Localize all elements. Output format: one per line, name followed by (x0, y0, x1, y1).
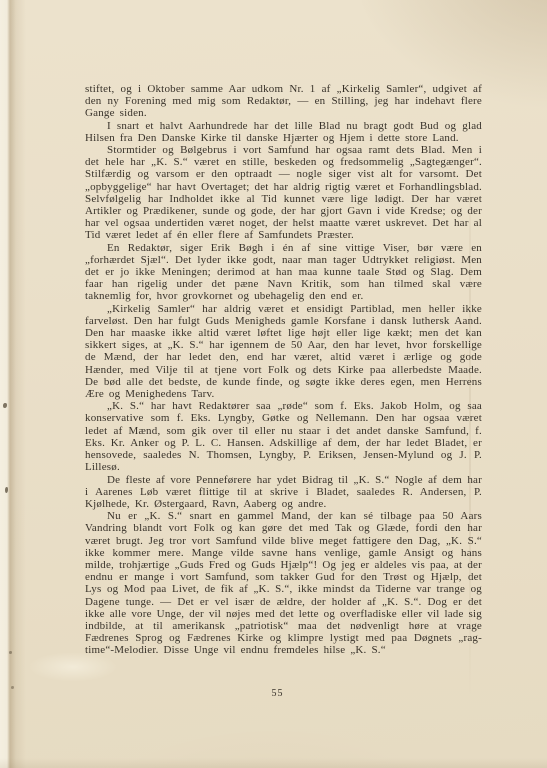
scanned-page: stiftet, og i Oktober samme Aar udkom Nr… (0, 0, 547, 768)
text-block: stiftet, og i Oktober samme Aar udkom Nr… (85, 83, 482, 657)
paragraph: Stormtider og Bølgebrus i vort Samfund h… (85, 144, 482, 242)
paragraph: „K. S.“ har havt Redaktører saa „røde“ s… (85, 400, 482, 473)
page-number: 55 (85, 688, 470, 699)
paragraph: „Kirkelig Samler“ har aldrig været et en… (85, 303, 482, 401)
paragraph: De fleste af vore Penneførere har ydet B… (85, 474, 482, 511)
paragraph: stiftet, og i Oktober samme Aar udkom Nr… (85, 83, 482, 120)
paragraph: Nu er „K. S.“ snart en gammel Mand, der … (85, 510, 482, 656)
page-binding-edge (0, 0, 26, 768)
paragraph: En Redaktør, siger Erik Bøgh i én af sin… (85, 242, 482, 303)
page-bottom-shadow (0, 758, 547, 768)
paragraph: I snart et halvt Aarhundrede har det lil… (85, 120, 482, 144)
